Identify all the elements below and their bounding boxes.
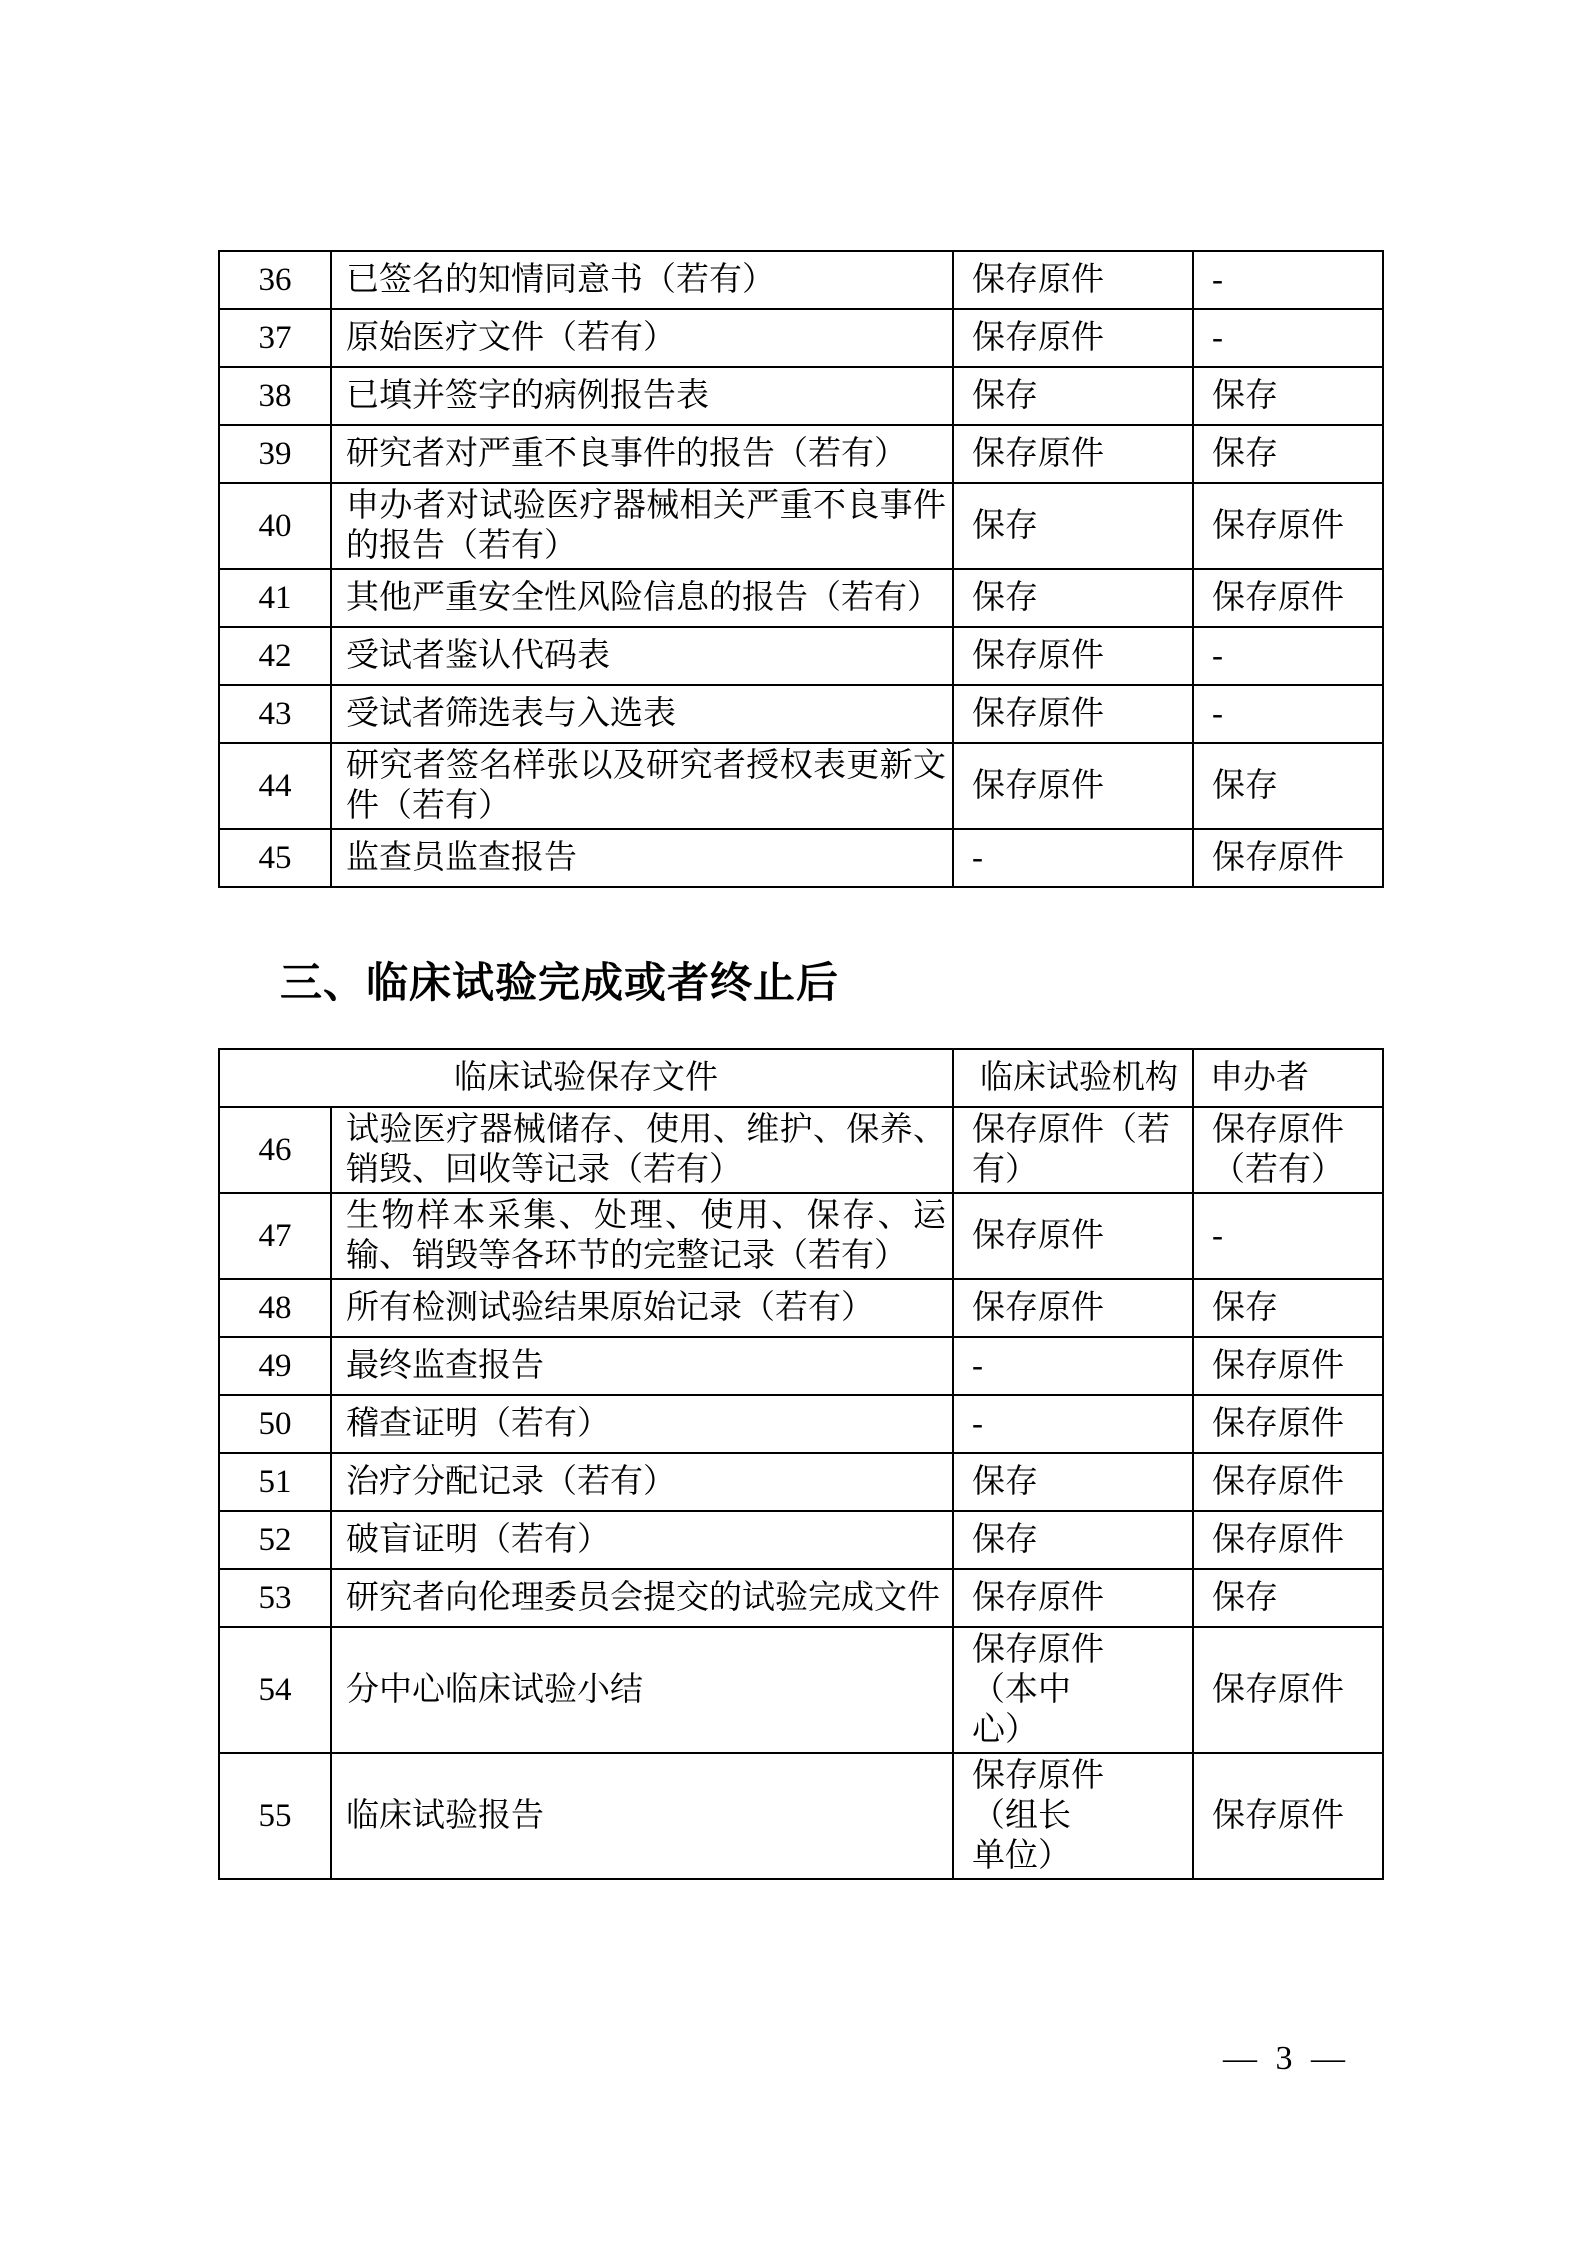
table-row: 42受试者鉴认代码表保存原件- <box>219 627 1383 685</box>
institution-retention-cell: 保存 <box>953 483 1193 569</box>
sponsor-retention-cell: 保存原件 （若有） <box>1193 1107 1383 1193</box>
table-row: 52破盲证明（若有）保存保存原件 <box>219 1511 1383 1569</box>
document-name-cell: 研究者签名样张以及研究者授权表更新文件（若有） <box>331 743 953 829</box>
row-number-cell: 55 <box>219 1753 331 1879</box>
sponsor-retention-cell: - <box>1193 685 1383 743</box>
document-name-cell: 监查员监查报告 <box>331 829 953 887</box>
table-row: 53研究者向伦理委员会提交的试验完成文件保存原件保存 <box>219 1569 1383 1627</box>
row-number-cell: 36 <box>219 251 331 309</box>
table-row: 54分中心临床试验小结保存原件（本中 心）保存原件 <box>219 1627 1383 1753</box>
row-number-cell: 46 <box>219 1107 331 1193</box>
document-name-cell: 分中心临床试验小结 <box>331 1627 953 1753</box>
row-number-cell: 37 <box>219 309 331 367</box>
row-number-cell: 53 <box>219 1569 331 1627</box>
sponsor-retention-cell: 保存原件 <box>1193 569 1383 627</box>
document-page: 36已签名的知情同意书（若有）保存原件-37原始医疗文件（若有）保存原件-38已… <box>0 0 1587 2245</box>
institution-retention-cell: 保存原件 <box>953 251 1193 309</box>
document-name-cell: 已签名的知情同意书（若有） <box>331 251 953 309</box>
institution-retention-cell: 保存原件（组长 单位） <box>953 1753 1193 1879</box>
sponsor-retention-cell: 保存原件 <box>1193 1511 1383 1569</box>
sponsor-retention-cell: 保存 <box>1193 425 1383 483</box>
document-name-cell: 原始医疗文件（若有） <box>331 309 953 367</box>
institution-retention-cell: 保存原件 <box>953 627 1193 685</box>
sponsor-retention-cell: 保存原件 <box>1193 1753 1383 1879</box>
institution-retention-cell: - <box>953 1395 1193 1453</box>
document-name-cell: 治疗分配记录（若有） <box>331 1453 953 1511</box>
document-name-cell: 受试者筛选表与入选表 <box>331 685 953 743</box>
institution-retention-cell: 保存原件 <box>953 743 1193 829</box>
row-number-cell: 42 <box>219 627 331 685</box>
institution-retention-cell: 保存原件 <box>953 1279 1193 1337</box>
retention-table-continued: 36已签名的知情同意书（若有）保存原件-37原始医疗文件（若有）保存原件-38已… <box>218 250 1384 888</box>
document-name-cell: 试验医疗器械储存、使用、维护、保养、销毁、回收等记录（若有） <box>331 1107 953 1193</box>
institution-retention-cell: 保存原件 <box>953 425 1193 483</box>
table-row: 41其他严重安全性风险信息的报告（若有）保存保存原件 <box>219 569 1383 627</box>
row-number-cell: 49 <box>219 1337 331 1395</box>
institution-retention-cell: 保存原件 <box>953 1193 1193 1279</box>
table-row: 43受试者筛选表与入选表保存原件- <box>219 685 1383 743</box>
row-number-cell: 38 <box>219 367 331 425</box>
document-name-cell: 其他严重安全性风险信息的报告（若有） <box>331 569 953 627</box>
table-row: 48所有检测试验结果原始记录（若有）保存原件保存 <box>219 1279 1383 1337</box>
sponsor-retention-cell: 保存原件 <box>1193 829 1383 887</box>
table-row: 55临床试验报告保存原件（组长 单位）保存原件 <box>219 1753 1383 1879</box>
table-row: 40申办者对试验医疗器械相关严重不良事件的报告（若有）保存保存原件 <box>219 483 1383 569</box>
row-number-cell: 51 <box>219 1453 331 1511</box>
institution-retention-cell: 保存原件（若 有） <box>953 1107 1193 1193</box>
document-name-cell: 已填并签字的病例报告表 <box>331 367 953 425</box>
row-number-cell: 47 <box>219 1193 331 1279</box>
table-row: 36已签名的知情同意书（若有）保存原件- <box>219 251 1383 309</box>
table-row: 38已填并签字的病例报告表保存保存 <box>219 367 1383 425</box>
sponsor-retention-cell: - <box>1193 627 1383 685</box>
institution-retention-cell: 保存 <box>953 367 1193 425</box>
section-heading: 三、临床试验完成或者终止后 <box>280 958 839 1008</box>
document-name-cell: 研究者向伦理委员会提交的试验完成文件 <box>331 1569 953 1627</box>
institution-retention-cell: 保存 <box>953 1453 1193 1511</box>
document-name-cell: 稽查证明（若有） <box>331 1395 953 1453</box>
table-row: 46试验医疗器械储存、使用、维护、保养、销毁、回收等记录（若有）保存原件（若 有… <box>219 1107 1383 1193</box>
table-row: 44研究者签名样张以及研究者授权表更新文件（若有）保存原件保存 <box>219 743 1383 829</box>
table-row: 49最终监查报告-保存原件 <box>219 1337 1383 1395</box>
row-number-cell: 41 <box>219 569 331 627</box>
table-row: 51治疗分配记录（若有）保存保存原件 <box>219 1453 1383 1511</box>
sponsor-retention-cell: 保存原件 <box>1193 1337 1383 1395</box>
document-name-cell: 临床试验报告 <box>331 1753 953 1879</box>
row-number-cell: 40 <box>219 483 331 569</box>
sponsor-retention-cell: 保存 <box>1193 743 1383 829</box>
document-name-cell: 最终监查报告 <box>331 1337 953 1395</box>
institution-retention-cell: 保存原件（本中 心） <box>953 1627 1193 1753</box>
document-name-cell: 申办者对试验医疗器械相关严重不良事件的报告（若有） <box>331 483 953 569</box>
table-row: 37原始医疗文件（若有）保存原件- <box>219 309 1383 367</box>
document-name-cell: 所有检测试验结果原始记录（若有） <box>331 1279 953 1337</box>
retention-table-after-completion: 临床试验保存文件 临床试验机构 申办者 46试验医疗器械储存、使用、维护、保养、… <box>218 1048 1384 1880</box>
page-number: — 3 — <box>1223 2040 1345 2078</box>
table-header-row: 临床试验保存文件 临床试验机构 申办者 <box>219 1049 1383 1107</box>
row-number-cell: 43 <box>219 685 331 743</box>
sponsor-retention-cell: 保存 <box>1193 1279 1383 1337</box>
document-name-cell: 受试者鉴认代码表 <box>331 627 953 685</box>
sponsor-retention-cell: 保存原件 <box>1193 1395 1383 1453</box>
institution-retention-cell: 保存 <box>953 569 1193 627</box>
document-name-cell: 破盲证明（若有） <box>331 1511 953 1569</box>
row-number-cell: 52 <box>219 1511 331 1569</box>
row-number-cell: 54 <box>219 1627 331 1753</box>
table-row: 45监查员监查报告-保存原件 <box>219 829 1383 887</box>
document-name-cell: 研究者对严重不良事件的报告（若有） <box>331 425 953 483</box>
row-number-cell: 50 <box>219 1395 331 1453</box>
sponsor-retention-cell: - <box>1193 309 1383 367</box>
table-row: 50稽查证明（若有）-保存原件 <box>219 1395 1383 1453</box>
institution-retention-cell: 保存原件 <box>953 1569 1193 1627</box>
table-row: 47生物样本采集、处理、使用、保存、运输、销毁等各环节的完整记录（若有）保存原件… <box>219 1193 1383 1279</box>
institution-retention-cell: - <box>953 829 1193 887</box>
header-institution-cell: 临床试验机构 <box>953 1049 1193 1107</box>
document-name-cell: 生物样本采集、处理、使用、保存、运输、销毁等各环节的完整记录（若有） <box>331 1193 953 1279</box>
header-documents-cell: 临床试验保存文件 <box>219 1049 953 1107</box>
sponsor-retention-cell: 保存原件 <box>1193 483 1383 569</box>
sponsor-retention-cell: 保存 <box>1193 1569 1383 1627</box>
sponsor-retention-cell: 保存原件 <box>1193 1627 1383 1753</box>
institution-retention-cell: 保存原件 <box>953 685 1193 743</box>
row-number-cell: 48 <box>219 1279 331 1337</box>
institution-retention-cell: - <box>953 1337 1193 1395</box>
retention-table-continued-body: 36已签名的知情同意书（若有）保存原件-37原始医疗文件（若有）保存原件-38已… <box>219 251 1383 887</box>
retention-table-after-completion-body: 46试验医疗器械储存、使用、维护、保养、销毁、回收等记录（若有）保存原件（若 有… <box>219 1107 1383 1879</box>
sponsor-retention-cell: 保存 <box>1193 367 1383 425</box>
table-row: 39研究者对严重不良事件的报告（若有）保存原件保存 <box>219 425 1383 483</box>
row-number-cell: 44 <box>219 743 331 829</box>
institution-retention-cell: 保存原件 <box>953 309 1193 367</box>
sponsor-retention-cell: - <box>1193 251 1383 309</box>
row-number-cell: 39 <box>219 425 331 483</box>
sponsor-retention-cell: 保存原件 <box>1193 1453 1383 1511</box>
header-sponsor-cell: 申办者 <box>1193 1049 1383 1107</box>
row-number-cell: 45 <box>219 829 331 887</box>
institution-retention-cell: 保存 <box>953 1511 1193 1569</box>
sponsor-retention-cell: - <box>1193 1193 1383 1279</box>
